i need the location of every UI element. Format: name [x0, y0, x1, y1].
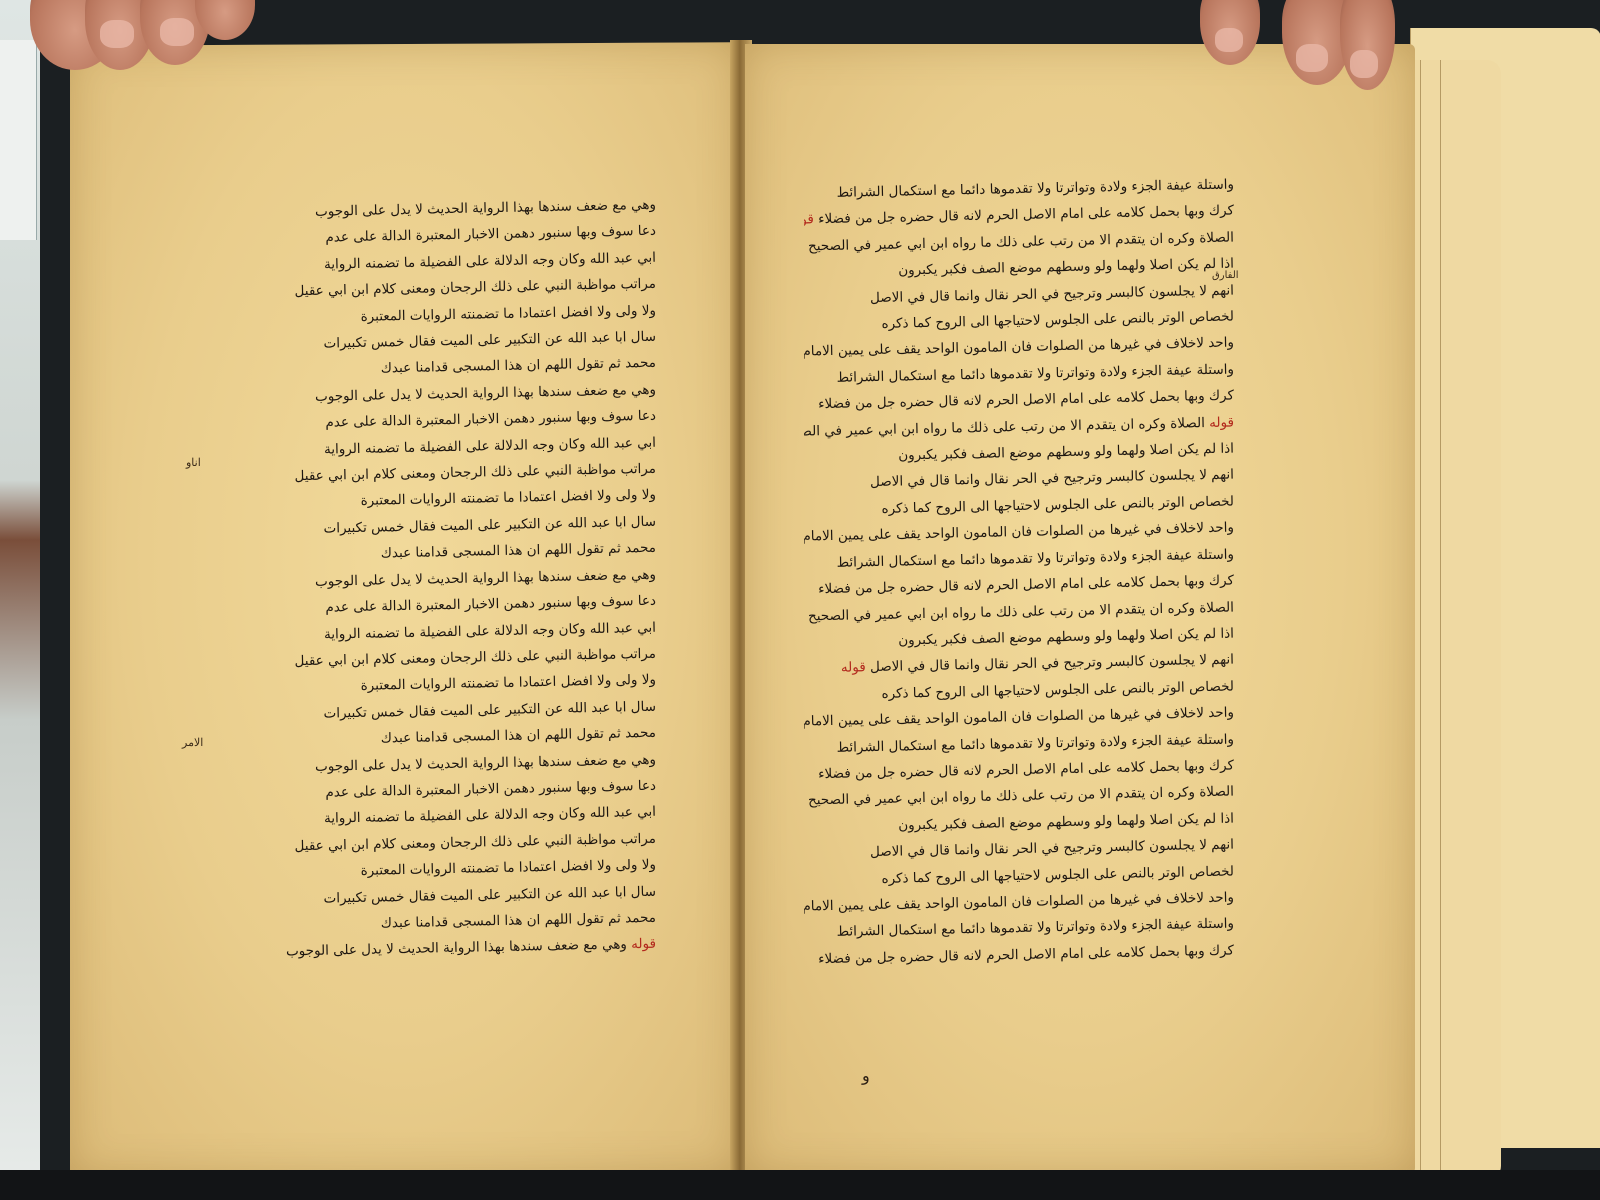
rubric-word: قوله — [631, 936, 656, 953]
table-surface — [0, 1170, 1600, 1200]
left-page-text: وهي مع ضعف سندها بهذا الرواية الحديث لا … — [246, 196, 656, 962]
margin-note: الفارق — [1212, 270, 1239, 281]
fingernail — [160, 18, 194, 46]
fingernail — [1215, 28, 1243, 52]
fingernail — [1350, 50, 1378, 78]
rubric-word: قوله — [841, 660, 866, 677]
rubric-word: قوله — [804, 212, 814, 229]
page-stack-edge — [1440, 60, 1501, 1180]
catchword: و — [862, 1066, 870, 1085]
fingernail — [100, 20, 134, 48]
handwritten-note-paper — [0, 40, 37, 240]
margin-note: الامر — [182, 736, 203, 749]
manuscript-photo: وهي مع ضعف سندها بهذا الرواية الحديث لا … — [0, 0, 1600, 1200]
fingernail — [1296, 44, 1328, 72]
right-page-text: واستلة عيفة الجزء ولادة وتواترتا ولا تقد… — [804, 176, 1234, 968]
margin-note: اناو — [186, 456, 201, 469]
rubric-word: قوله — [1209, 414, 1234, 431]
